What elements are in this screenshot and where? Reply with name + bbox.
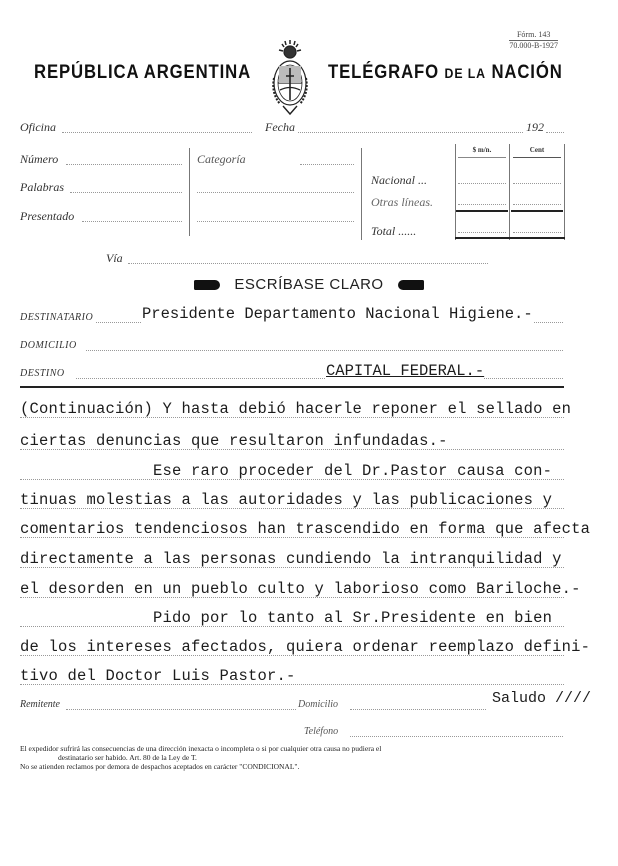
title-de-la: DE LA xyxy=(445,65,486,81)
footer-legal-note: El expedidor sufrirá las consecuencias d… xyxy=(20,744,381,771)
column-divider xyxy=(361,148,362,240)
categoria-field-3[interactable] xyxy=(197,221,354,222)
fecha-field[interactable] xyxy=(298,132,523,133)
nacional-label: Nacional ... xyxy=(371,173,427,188)
telegrafo-nacion-title: TELÉGRAFO DE LA NACIÓN xyxy=(328,62,563,84)
categoria-field-1[interactable] xyxy=(300,164,354,165)
message-line: directamente a las personas cundiendo la… xyxy=(20,550,562,568)
numero-label: Número xyxy=(20,152,58,167)
footer-line-1: El expedidor sufrirá las consecuencias d… xyxy=(20,744,381,753)
domicilio-label: DOMICILIO xyxy=(20,340,77,351)
message-line: de los intereses afectados, quiera orden… xyxy=(20,638,590,656)
remitente-label: Remitente xyxy=(20,699,60,710)
message-line: tivo del Doctor Luis Pastor.- xyxy=(20,667,296,685)
title-telegrafo: TELÉGRAFO xyxy=(328,62,439,83)
categoria-label: Categoría xyxy=(197,152,246,167)
message-line: ciertas denuncias que resultaron infunda… xyxy=(20,432,448,450)
palabras-field[interactable] xyxy=(70,192,182,193)
fee-nacional-pesos[interactable] xyxy=(458,183,506,184)
message-line: Ese raro proceder del Dr.Pastor causa co… xyxy=(20,462,552,480)
palabras-label: Palabras xyxy=(20,180,64,195)
oficina-label: Oficina xyxy=(20,120,56,135)
message-line: tinuas molestias a las autoridades y las… xyxy=(20,491,552,509)
message-line: Pido por lo tanto al Sr.Presidente en bi… xyxy=(20,609,552,627)
form-print-run: 70.000-B-1927 xyxy=(509,41,558,51)
destino-label: DESTINO xyxy=(20,368,65,379)
fee-otras-pesos[interactable] xyxy=(458,204,506,205)
year-field[interactable] xyxy=(546,132,564,133)
oficina-field[interactable] xyxy=(62,132,252,133)
escribase-claro-notice: ESCRÍBASE CLARO xyxy=(0,276,618,293)
republica-argentina-title: REPÚBLICA ARGENTINA xyxy=(34,62,251,84)
title-nacion: NACIÓN xyxy=(491,62,562,83)
domicilio-sender-field[interactable] xyxy=(350,709,486,710)
destino-value[interactable]: CAPITAL FEDERAL.- xyxy=(326,362,484,380)
pointing-hand-left-icon xyxy=(398,280,424,290)
message-line: el desorden en un pueblo culto y laborio… xyxy=(20,580,581,598)
telefono-label: Teléfono xyxy=(304,726,338,737)
escribase-claro-text: ESCRÍBASE CLARO xyxy=(234,276,383,293)
year-prefix: 192 xyxy=(526,120,544,135)
domicilio-field[interactable] xyxy=(86,350,563,351)
fecha-label: Fecha xyxy=(265,120,295,135)
fee-col-cent: Cent xyxy=(510,146,564,154)
column-divider xyxy=(189,148,190,236)
fee-col-pesos: $ m/n. xyxy=(455,146,509,154)
message-line: (Continuación) Y hasta debió hacerle rep… xyxy=(20,400,571,418)
footer-line-3: No se atienden reclamos por demora de de… xyxy=(20,762,381,771)
telefono-field[interactable] xyxy=(350,736,563,737)
fee-otras-cent[interactable] xyxy=(513,204,561,205)
remitente-field[interactable] xyxy=(66,709,296,710)
presentado-label: Presentado xyxy=(20,209,74,224)
closing-text: Saludo //// xyxy=(492,690,591,707)
form-number-label: Fórm. 143 xyxy=(509,30,558,41)
numero-field[interactable] xyxy=(66,164,182,165)
fee-total-cent[interactable] xyxy=(513,232,561,233)
destinatario-value[interactable]: Presidente Departamento Nacional Higiene… xyxy=(142,305,533,323)
coat-of-arms-icon xyxy=(265,38,315,118)
otras-lineas-label: Otras líneas. xyxy=(371,195,433,210)
footer-line-2: destinatario ser habido. Art. 80 de la L… xyxy=(20,753,381,762)
fee-table: $ m/n. Cent xyxy=(455,144,565,240)
message-line: comentarios tendenciosos han trascendido… xyxy=(20,520,590,538)
via-field[interactable] xyxy=(128,263,488,264)
categoria-field-2[interactable] xyxy=(197,192,354,193)
fee-nacional-cent[interactable] xyxy=(513,183,561,184)
total-label: Total ...... xyxy=(371,224,416,239)
fee-total-pesos[interactable] xyxy=(458,232,506,233)
via-label: Vía xyxy=(106,251,123,266)
destinatario-label: DESTINATARIO xyxy=(20,312,93,323)
presentado-field[interactable] xyxy=(82,221,182,222)
address-divider xyxy=(20,386,564,388)
form-number: Fórm. 143 70.000-B-1927 xyxy=(509,30,558,51)
domicilio-sender-label: Domicilio xyxy=(298,699,338,710)
pointing-hand-right-icon xyxy=(194,280,220,290)
